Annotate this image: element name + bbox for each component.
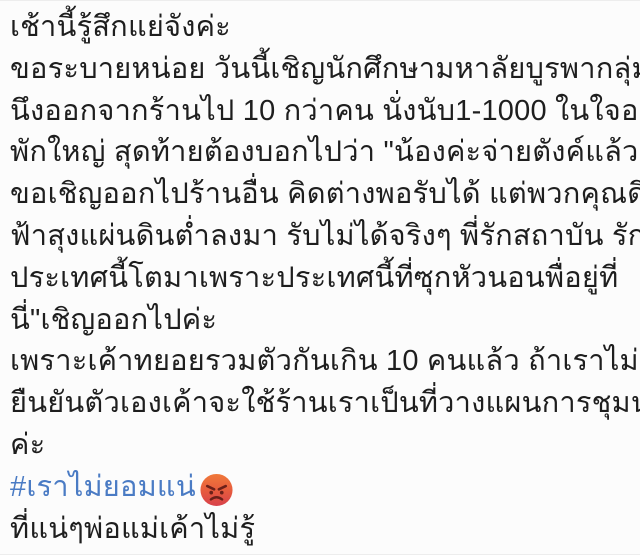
post-text-line: นี่"เชิญออกไปค่ะ	[10, 300, 634, 342]
hashtag-link[interactable]: #เราไม่ยอมแน่	[10, 467, 196, 509]
hashtag-line: #เราไม่ยอมแน่	[10, 467, 634, 509]
post-text-line: ค่ะ	[10, 425, 634, 467]
post-text-line: พักใหญ่ สุดท้ายต้องบอกไปว่า "น้องค่ะจ่าย…	[10, 132, 634, 174]
post-text-line: ประเทศนี้โตมาเพราะประเทศนี้ที่ซุกหัวนอนพ…	[10, 258, 634, 300]
post-text-line: เพราะเค้าทยอยรวมตัวกันเกิน 10 คนแล้ว ถ้า…	[10, 341, 634, 383]
post-body: เช้านี้รู้สึกแย่จังค่ะ ขอระบายหน่อย วันน…	[0, 0, 640, 555]
post-text-line: ยืนยันตัวเองเค้าจะใช้ร้านเราเป็นที่วางแผ…	[10, 383, 634, 425]
angry-face-emoji	[199, 472, 234, 507]
post-text-line: ขอเชิญออกไปร้านอื่น คิดต่างพอรับได้ แต่พ…	[10, 174, 634, 216]
post-text-line: ที่แน่ๆพ่อแม่เค้าไม่รู้	[10, 509, 634, 551]
post-text-line: ขอระบายหน่อย วันนี้เชิญนักศึกษามหาลัยบูร…	[10, 49, 634, 91]
post-text-line: ฟ้าสุงแผ่นดินต่ำลงมา รับไม่ได้จริงๆ พี่ร…	[10, 216, 634, 258]
post-text-line: เช้านี้รู้สึกแย่จังค่ะ	[10, 7, 634, 49]
post-text-line: นึงออกจากร้านไป 10 กว่าคน นั่งนับ1-1000 …	[10, 91, 634, 133]
